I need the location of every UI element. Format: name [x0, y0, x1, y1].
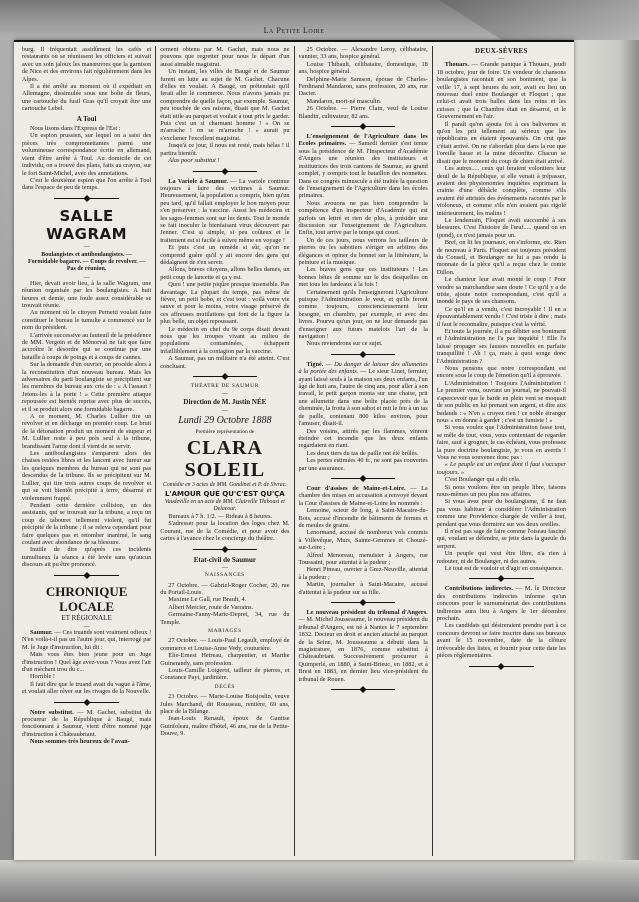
bottom-fold — [0, 860, 639, 902]
column-1: burg. Il fréquentait assidûment les café… — [18, 46, 156, 856]
theatre-date: Lundi 29 Octobre 1888 — [160, 415, 289, 427]
paragraph: Henri Pineau, ouvrier à Grez-Neuville, a… — [299, 566, 428, 581]
naissances-label: NAISSANCES — [160, 572, 289, 579]
paragraph: Hier, devait avoir lieu, à la salle Wagr… — [22, 280, 151, 310]
paragraph: Le chanteur leur avait monté le coup ! P… — [437, 276, 566, 306]
paragraph: C'est le deuxième espion que l'on arrête… — [22, 177, 151, 192]
paragraph: Sur la demande d'un ouvrier, on procède … — [22, 361, 151, 413]
subtitle-regionale: ET RÉGIONALE — [22, 615, 151, 622]
paragraph: Inutile de dire qu'après ces incidents t… — [22, 546, 151, 568]
column-4: DEUX-SÈVRES — Thouars. — Grande panique … — [433, 46, 570, 856]
divider — [54, 194, 119, 203]
paragraph: Martin, journalier à Saint-Macaire, accu… — [299, 581, 428, 596]
substitut-label: Notre substitut. — [30, 709, 74, 716]
columns: burg. Il fréquentait assidûment les café… — [18, 46, 570, 856]
paragraph: Un espion prussien, sur lequel on a sais… — [22, 132, 151, 176]
paragraph: Bref, on lit les journaux, on s'informe,… — [437, 239, 566, 276]
paragraph: Il a été arrêté au moment où il expédiai… — [22, 83, 151, 113]
paragraph: Mais vous êtes bien jeune pour un Juge d… — [22, 651, 151, 673]
headline-salle-wagram: SALLE WAGRAM — [22, 207, 151, 243]
paragraph: Un peuple qui veut être libre, n'a rien … — [437, 550, 566, 565]
theatre-premiere: Première représentation de — [160, 429, 289, 436]
president-label: Le nouveau président du tribunal d'Anger… — [307, 609, 428, 616]
dash-rule: — — [160, 409, 289, 413]
list-item: Louis-Camille Loigerot, tailleur de pier… — [160, 667, 289, 682]
list-item: Mandaron, mort-né masculin. — [299, 98, 428, 105]
region-heading: DEUX-SÈVRES — [437, 48, 566, 55]
paragraph: burg. Il fréquentait assidûment les café… — [22, 46, 151, 83]
theatre-booking: S'adresser pour la location des loges ch… — [160, 520, 289, 542]
paragraph: Alfred Menoreau, menuisier à Angers, rue… — [299, 552, 428, 567]
paragraph: Si vous voulez que l'Administration fass… — [437, 424, 566, 461]
mariages-label: MARIAGES — [160, 628, 289, 635]
paragraph: Si nous voulons être un peuple libre, fa… — [437, 484, 566, 499]
list-item: 27 Octobre. — Louis-Paul Legault, employ… — [160, 637, 289, 652]
contributions-label: Contributions indirectes. — [445, 585, 513, 592]
paragraph: Il faut dire que le truand avait du vagu… — [22, 681, 151, 696]
divider — [331, 474, 396, 483]
paragraph: — Grande panique à Thouars, jeudi 18 oct… — [437, 61, 566, 120]
paragraph: — Samedi dernier s'est tenue sous la pré… — [299, 140, 428, 199]
paragraph: Et toute la journée, il a pu débiter son… — [437, 328, 566, 365]
paragraph: L'Administration ! Toujours l'Administra… — [437, 380, 566, 424]
paragraph: cement obtenu par M. Gachet, mais nous n… — [160, 46, 289, 68]
list-item: Maxime Le Gall, rue Brault, 4. — [160, 596, 289, 603]
paragraph: Des voisins, attirés par les flammes, vi… — [299, 428, 428, 450]
divider — [54, 698, 119, 707]
list-item: 26 Octobre. — Pierre Clain, veuf de Loui… — [299, 105, 428, 120]
right-margin — [574, 40, 639, 860]
play-title: CLARA SOLEIL — [160, 437, 289, 481]
header-rule — [14, 40, 574, 42]
divider — [193, 372, 258, 381]
divider — [193, 545, 258, 554]
paragraph: Les deux tiers du tas de paille ont été … — [299, 450, 428, 457]
list-item: Albert Mercier, route de Varrains. — [160, 604, 289, 611]
list-item: Elie-Ernest Hetreau, charpentier, et Mar… — [160, 652, 289, 667]
divider — [331, 598, 396, 607]
paragraph: Les autres..... ceux qui feraient volont… — [437, 165, 566, 217]
divider — [469, 574, 534, 583]
paragraph: Nous lisons dans l'Express de l'Est : — [22, 125, 151, 132]
paragraph: Lemoine, scieur de long, à Saint-Macaire… — [299, 507, 428, 529]
column-3: 25 Octobre. — Alexandre Leroy, célibatai… — [295, 46, 433, 856]
list-item: 27 Octobre. — Gabriel-Roger Cocher, 20, … — [160, 582, 289, 597]
paragraph: Ce qu'il en a vendu, c'est incroyable ! … — [437, 306, 566, 328]
divider — [469, 662, 534, 671]
list-item: 23 Octobre. — Marie-Louise Boisjoslin, v… — [160, 693, 289, 715]
paragraph: Il n'est pas sage de faire comme l'oisea… — [437, 528, 566, 550]
paragraph: Nous pensons que notre correspondant est… — [437, 365, 566, 380]
play-credit: Comédie en 3 actes de MM. Gondinet et P.… — [160, 482, 289, 489]
paragraph: Pendant cette dernière collision, un des… — [22, 502, 151, 546]
paragraph: Au moment où le citoyen Pernetti voulait… — [22, 309, 151, 331]
dash-rule: — — [160, 566, 289, 570]
list-item: 25 Octobre. — Alexandre Leroy, célibatai… — [299, 46, 428, 61]
paragraph: Allons, braves citoyens, allons belles d… — [160, 266, 289, 281]
subhead-salle-wagram: Boulangistes et antiboulangistes. — Form… — [28, 252, 145, 273]
thouars-label: Thouars. — [445, 61, 469, 68]
divider — [331, 122, 396, 131]
list-item: Jean-Louis Renault, époux de Gantise Gui… — [160, 715, 289, 737]
deces-label: DÉCÈS — [160, 684, 289, 691]
list-item: Delphine-Marie Samson, épouse de Charles… — [299, 76, 428, 98]
paragraph: Le médecin en chef du 9e corps disait de… — [160, 326, 289, 356]
paragraph: Nous reviendrons sur ce sujet. — [299, 340, 428, 347]
paragraph: Il paraît qu'on ajouta foi à ces baliver… — [437, 121, 566, 165]
divider — [331, 350, 396, 359]
running-head: La Petite Loire — [14, 26, 574, 35]
paragraph: Horrible ! — [22, 673, 151, 680]
paragraph: C'est Boulanger qui a dit cela. — [437, 476, 566, 483]
assises-label: Cour d'assises de Maine-et-Loire. — [307, 485, 406, 492]
paragraph: Si vous avez peur du boulangisme, il ne … — [437, 498, 566, 528]
paragraph: Certainement qu'ils l'enseigneront l'Agr… — [299, 289, 428, 341]
paragraph: A Saumur, pas un militaire n'a été attei… — [160, 355, 289, 370]
paragraph: Nous avouons ne pas bien comprendre la c… — [299, 200, 428, 237]
paragraph: Lenormand, accusé de nombreux vols commi… — [299, 529, 428, 551]
paragraph: Jusqu'à ce jour, il nous est resté, mais… — [160, 142, 289, 157]
second-play-title: L'AMOUR QUÉ QU'C'EST QU'ÇA — [160, 491, 289, 498]
divider — [193, 167, 258, 176]
heading-a-toul: A Toul — [22, 116, 151, 123]
newspaper-page: La Petite Loire burg. Il fréquentait ass… — [14, 40, 574, 860]
tigne-label: Tigné. — [307, 361, 324, 368]
paragraph: Le lendemain, Floquet avait succombé à s… — [437, 217, 566, 239]
list-item: Germaine-Fanny-Marie-Depret, 34, rue du … — [160, 611, 289, 626]
paragraph: Les candidats qui désireraient prendre p… — [437, 622, 566, 659]
paragraph: Un de ces jours, nous verrons les taille… — [299, 237, 428, 267]
dash-rule: — — [160, 392, 289, 396]
paragraph: Alas poor substitut ! — [160, 157, 289, 164]
paragraph: Quoi ! une petite piqûre presque insensi… — [160, 281, 289, 325]
etat-civil-heading: Etat-civil de Saumur — [160, 557, 289, 564]
theatre-direction: Direction de M. Justin NÉE — [160, 399, 289, 406]
divider — [54, 571, 119, 580]
paragraph: Et puis c'est un remède si sûr, qu'on ne… — [160, 244, 289, 266]
paragraph: — La variole continue toujours à faire d… — [160, 178, 289, 244]
variole-label: La Variole à Saumur. — [168, 178, 228, 185]
paragraph: Nous sommes très heureux de l'avan- — [22, 738, 151, 745]
headline-chronique-locale: CHRONIQUE LOCALE — [22, 584, 151, 614]
paragraph: — Le sieur Linet, fermier, ayant laissé … — [299, 368, 428, 427]
list-item: Louise Thibault, célibataire, domestique… — [299, 61, 428, 76]
divider — [331, 685, 396, 694]
second-play-credit: Vaudeville en un acte de MM. Clairville … — [160, 499, 289, 513]
dash-rule: — — [22, 245, 151, 249]
paragraph: A ce moment, M. Charles Lullier tire un … — [22, 413, 151, 450]
theatre-hours: Bureaux à 7 h. 1/2. — Rideau à 8 heures. — [160, 513, 289, 520]
paragraph: L'arrivée successive au fauteuil de la p… — [22, 332, 151, 362]
saumur-label: Saumur. — [30, 629, 53, 636]
paragraph: Les braves gens que ces instituteurs ! L… — [299, 266, 428, 288]
paragraph: Les pertes estimées 40 fr., ne sont pas … — [299, 457, 428, 472]
paragraph: Les antiboulangistes s'emparent alors de… — [22, 450, 151, 502]
paragraph: Le tout est de vouloir et d'agir en cons… — [437, 565, 566, 572]
theatre-heading: THÉATRE DE SAUMUR — [160, 383, 289, 390]
paragraph: — M. Michel Jousseaume, le nouveau prési… — [299, 616, 428, 682]
paragraph: Un instant, les villes de Baugé et de Sa… — [160, 68, 289, 142]
paragraph: « Le peuple est un enfant dont il faut s… — [437, 461, 566, 476]
column-2: cement obtenu par M. Gachet, mais nous n… — [156, 46, 294, 856]
